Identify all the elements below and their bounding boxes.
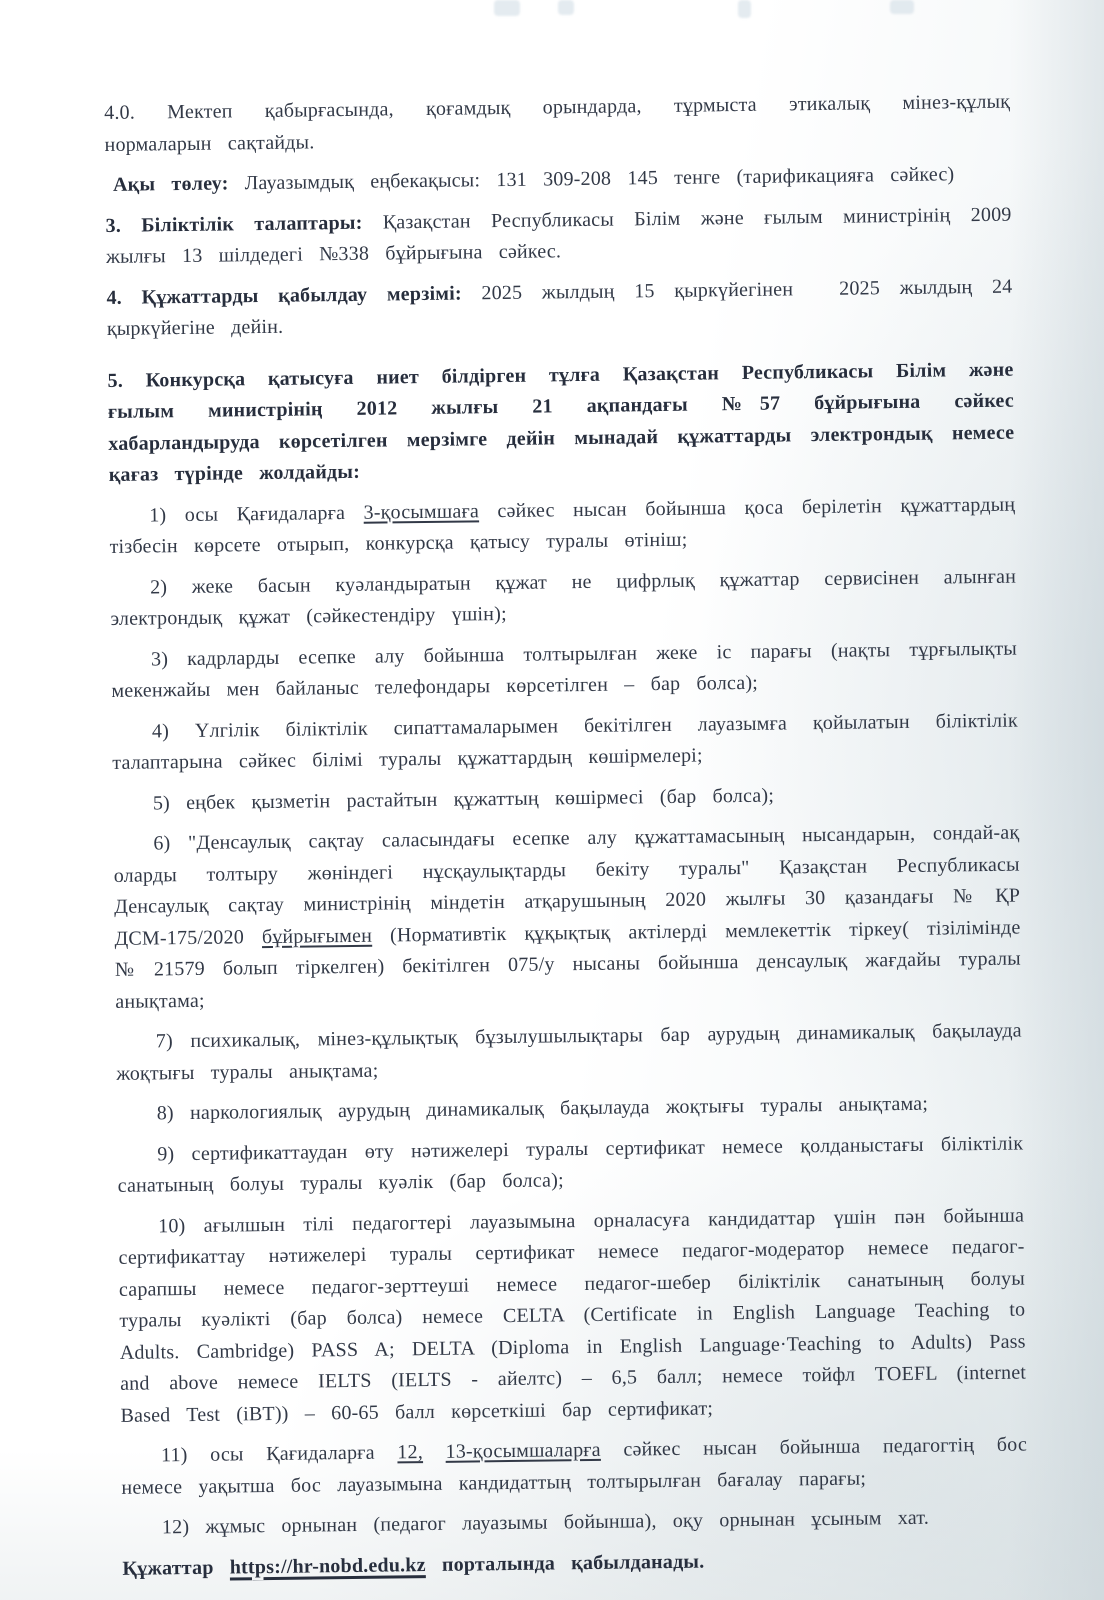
paper-smudge [738, 0, 751, 18]
list-item-1: 1) осы Қағидаларға 3-қосымшаға сәйкес ны… [109, 489, 1016, 563]
text-run: 4) Үлгілік біліктілік сипаттамаларымен б… [112, 709, 1018, 774]
portal-url: https://hr-nobd.edu.kz [230, 1554, 426, 1578]
text-run: 4. Құжаттарды қабылдау мерзімі: [106, 282, 462, 308]
wide-gap [793, 294, 839, 295]
scanned-document: { "page": { "paragraphs": [ {"name":"par… [0, 0, 1104, 1600]
text-run: 1) осы Қағидаларға [149, 501, 364, 526]
text-run: 5) еңбек қызметін растайтын құжаттың көш… [153, 784, 774, 814]
text-run: 13-қосымшаларға [445, 1439, 601, 1463]
list-item-4: 4) Үлгілік біліктілік сипаттамаларымен б… [112, 705, 1019, 779]
section-4-deadline: 4. Құжаттарды қабылдау мерзімі: 2025 жыл… [106, 271, 1013, 345]
text-run: 12, [397, 1441, 423, 1463]
para-ethics-4-0: 4.0. Мектеп қабырғасында, қоғамдық орынд… [104, 87, 1011, 161]
list-item-9: 9) сертификаттаудан өту нәтижелері турал… [117, 1128, 1024, 1202]
paper-smudge [890, 0, 914, 14]
text-run: Ақы төлеу: [113, 172, 229, 195]
text-run: порталында қабылданады. [426, 1550, 705, 1575]
text-run: 11) осы Қағидаларға [161, 1441, 398, 1466]
list-item-11: 11) осы Қағидаларға 12, 13-қосымшаларға … [121, 1430, 1028, 1504]
text-run: 3. Біліктілік талаптары: [105, 211, 362, 236]
text-run: 3) кадрларды есепке алу бойынша толтырыл… [111, 637, 1017, 702]
text-run: 7) психикалық, мінез-құлықтық бұзылушылы… [116, 1020, 1022, 1085]
paper-smudge [494, 0, 520, 16]
list-item-10: 10) ағылшын тілі педагогтері лауазымына … [118, 1200, 1027, 1432]
text-run: 10) ағылшын тілі педагогтері лауазымына … [118, 1204, 1026, 1426]
section-3-qualification: 3. Біліктілік талаптары: Қазақстан Респу… [105, 199, 1012, 273]
document-body: 4.0. Мектеп қабырғасында, қоғамдық орынд… [104, 87, 1028, 1545]
document-page: 4.0. Мектеп қабырғасында, қоғамдық орынд… [104, 87, 1029, 1594]
text-run: 3-қосымшаға [363, 500, 479, 523]
text-run: 8) наркологиялық аурудың динамикалық бақ… [157, 1093, 929, 1125]
text-run: бұйрығымен [262, 924, 372, 947]
text-run: 12) жұмыс орнынан (педагог лауазымы бойы… [162, 1507, 929, 1539]
text-run: 9) сертификаттаудан өту нәтижелері турал… [118, 1132, 1024, 1197]
paper-smudge [558, 0, 574, 15]
text-run: Құжаттар [122, 1556, 230, 1579]
section-5-documents: 5. Конкурсқа қатысуға ниет білдірген тұл… [107, 354, 1015, 491]
list-item-5: 5) еңбек қызметін растайтын құжаттың көш… [113, 777, 1019, 820]
list-item-3: 3) кадрларды есепке алу бойынша толтырыл… [111, 633, 1018, 707]
list-item-8: 8) наркологиялық аурудың динамикалық бақ… [117, 1088, 1023, 1131]
text-run: Лауазымдық еңбекақысы: 131 309-208 145 т… [228, 163, 954, 194]
list-item-2: 2) жеке басын куәландыратын құжат не циф… [110, 561, 1017, 635]
list-item-7: 7) психикалық, мінез-құлықтық бұзылушылы… [116, 1016, 1023, 1090]
text-run: 2) жеке басын куәландыратын құжат не циф… [110, 565, 1016, 630]
text-run [423, 1441, 446, 1463]
text-run: 5. Конкурсқа қатысуға ниет білдірген тұл… [107, 358, 1014, 486]
text-run: 2025 жылдың 15 қыркүйегінен [462, 278, 794, 304]
para-salary: Ақы төлеу: Лауазымдық еңбекақысы: 131 30… [105, 159, 1011, 202]
text-run: 4.0. Мектеп қабырғасында, қоғамдық орынд… [104, 91, 1010, 156]
footer-portal-note: Құжаттар https://hr-nobd.edu.kz порталын… [122, 1542, 1028, 1585]
list-item-6: 6) "Денсаулық сақтау саласындағы есепке … [113, 818, 1021, 1018]
list-item-12: 12) жұмыс орнынан (педагог лауазымы бойы… [122, 1502, 1028, 1545]
